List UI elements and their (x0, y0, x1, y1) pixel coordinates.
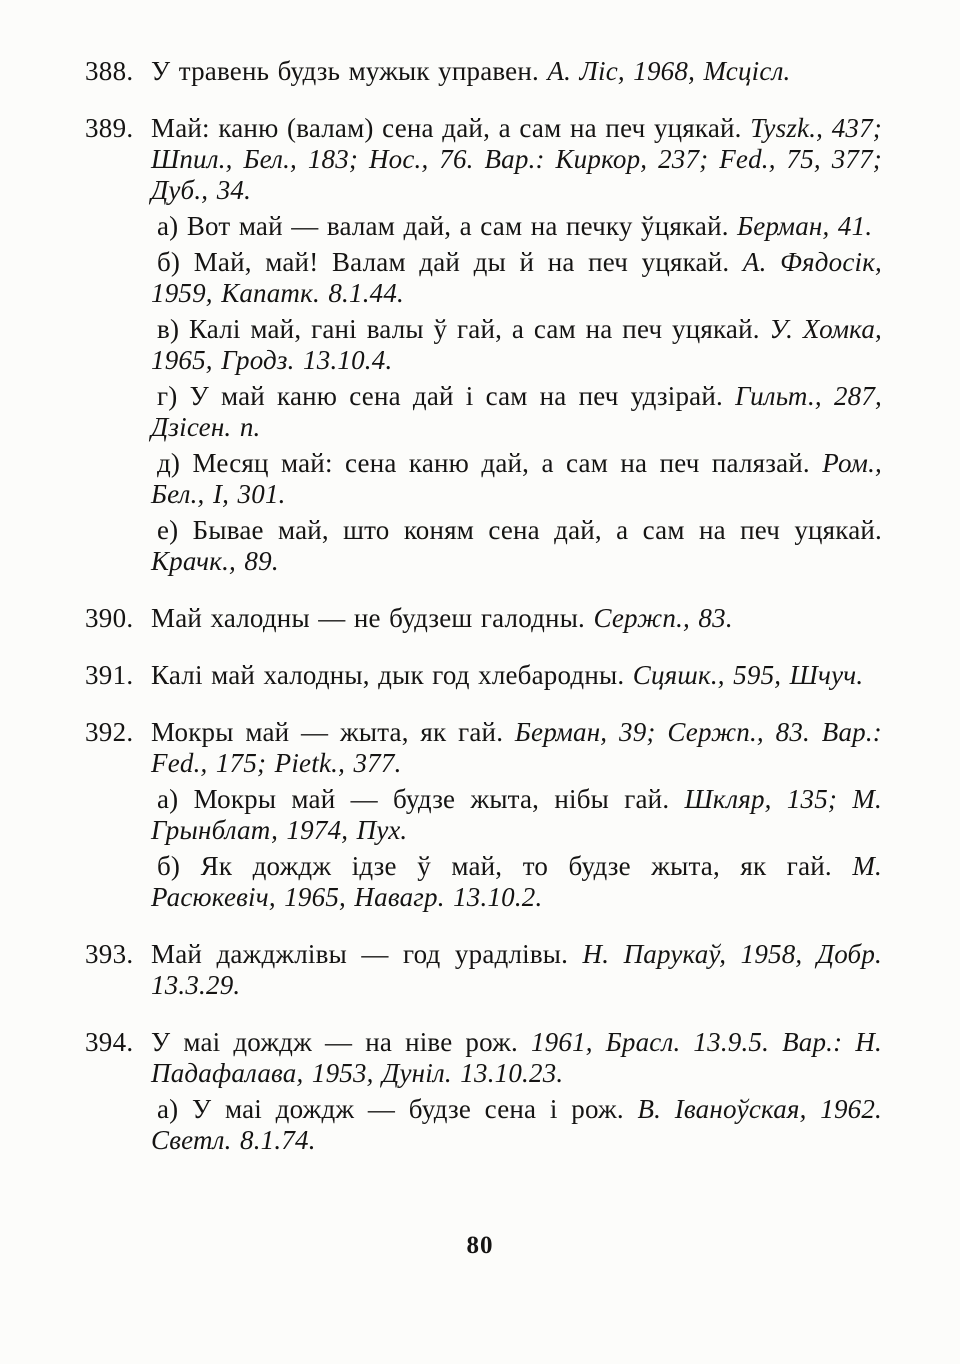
scanned-book-page: 388.У травень будзь мужык управен. А. Лі… (0, 0, 960, 1364)
proverb-text: Май дажджлівы — год урадлівы. (151, 939, 583, 969)
entry-body: Калі май халодны, дык год хлебародны. Сц… (151, 660, 882, 691)
citation-text: Сцяшк., 595, Шчуч. (633, 660, 864, 690)
citation-text: Берман, 41. (737, 211, 872, 241)
entry-paragraph: Май халодны — не будзеш галодны. Сержп.,… (151, 603, 882, 634)
proverb-text: а) Вот май — валам дай, а сам на печку ў… (157, 211, 737, 241)
entry-body: Май халодны — не будзеш галодны. Сержп.,… (151, 603, 882, 634)
proverb-entry: 388.У травень будзь мужык управен. А. Лі… (85, 56, 882, 87)
entry-paragraph: У травень будзь мужык управен. А. Ліс, 1… (151, 56, 882, 87)
proverb-text: б) Май, май! Валам дай ды й на печ уцяка… (157, 247, 743, 277)
entry-paragraph: Май дажджлівы — год урадлівы. Н. Парукаў… (151, 939, 882, 1001)
proverb-entry: 392.Мокры май — жыта, як гай. Берман, 39… (85, 717, 882, 913)
proverb-text: в) Калі май, гані валы ў гай, а сам на п… (157, 314, 770, 344)
proverb-entry: 393.Май дажджлівы — год урадлівы. Н. Пар… (85, 939, 882, 1001)
proverb-text: б) Як дождж ідзе ў май, то будзе жыта, я… (157, 851, 852, 881)
entry-number: 388. (85, 56, 151, 87)
proverb-text: Калі май халодны, дык год хлебародны. (151, 660, 633, 690)
proverb-text: Мокры май — жыта, як гай. (151, 717, 515, 747)
proverb-text: е) Бывае май, што коням сена дай, а сам … (157, 515, 882, 545)
entry-body: Мокры май — жыта, як гай. Берман, 39; Се… (151, 717, 882, 913)
entry-paragraph: У маі дождж — на ніве рож. 1961, Брасл. … (151, 1027, 882, 1089)
sub-item-paragraph: г) У май каню сена дай і сам на печ удзі… (151, 381, 882, 443)
entry-number: 394. (85, 1027, 151, 1156)
proverb-text: г) У май каню сена дай і сам на печ удзі… (157, 381, 735, 411)
sub-item-paragraph: а) Вот май — валам дай, а сам на печку ў… (151, 211, 882, 242)
proverb-entry: 389.Май: каню (валам) сена дай, а сам на… (85, 113, 882, 577)
sub-item-paragraph: е) Бывае май, што коням сена дай, а сам … (151, 515, 882, 577)
entry-paragraph: Калі май халодны, дык год хлебародны. Сц… (151, 660, 882, 691)
proverb-text: а) У маі дождж — будзе сена і рож. (157, 1094, 637, 1124)
entry-body: Май дажджлівы — год урадлівы. Н. Парукаў… (151, 939, 882, 1001)
citation-text: Крачк., 89. (151, 546, 279, 576)
page-number: 80 (0, 1232, 960, 1260)
proverb-text: У травень будзь мужык управен. (151, 56, 547, 86)
proverb-text: Май халодны — не будзеш галодны. (151, 603, 593, 633)
entry-number: 392. (85, 717, 151, 913)
proverb-text: Май: каню (валам) сена дай, а сам на печ… (151, 113, 750, 143)
entry-paragraph: Май: каню (валам) сена дай, а сам на печ… (151, 113, 882, 206)
proverb-entry: 391.Калі май халодны, дык год хлебародны… (85, 660, 882, 691)
proverb-entry: 390.Май халодны — не будзеш галодны. Сер… (85, 603, 882, 634)
sub-item-paragraph: б) Май, май! Валам дай ды й на печ уцяка… (151, 247, 882, 309)
entry-number: 393. (85, 939, 151, 1001)
proverb-text: У маі дождж — на ніве рож. (151, 1027, 531, 1057)
entry-body: У травень будзь мужык управен. А. Ліс, 1… (151, 56, 882, 87)
sub-item-paragraph: а) У маі дождж — будзе сена і рож. В. Ів… (151, 1094, 882, 1156)
proverb-text: а) Мокры май — будзе жыта, нібы гай. (157, 784, 685, 814)
sub-item-paragraph: в) Калі май, гані валы ў гай, а сам на п… (151, 314, 882, 376)
proverb-text: д) Месяц май: сена каню дай, а сам на пе… (157, 448, 822, 478)
entry-number: 389. (85, 113, 151, 577)
entry-number: 390. (85, 603, 151, 634)
sub-item-paragraph: а) Мокры май — будзе жыта, нібы гай. Шкл… (151, 784, 882, 846)
entry-paragraph: Мокры май — жыта, як гай. Берман, 39; Се… (151, 717, 882, 779)
entry-body: Май: каню (валам) сена дай, а сам на печ… (151, 113, 882, 577)
citation-text: А. Ліс, 1968, Мсцісл. (547, 56, 790, 86)
entry-number: 391. (85, 660, 151, 691)
entry-body: У маі дождж — на ніве рож. 1961, Брасл. … (151, 1027, 882, 1156)
sub-item-paragraph: б) Як дождж ідзе ў май, то будзе жыта, я… (151, 851, 882, 913)
citation-text: Сержп., 83. (593, 603, 732, 633)
sub-item-paragraph: д) Месяц май: сена каню дай, а сам на пе… (151, 448, 882, 510)
proverb-entries-list: 388.У травень будзь мужык управен. А. Лі… (85, 56, 882, 1156)
proverb-entry: 394.У маі дождж — на ніве рож. 1961, Бра… (85, 1027, 882, 1156)
